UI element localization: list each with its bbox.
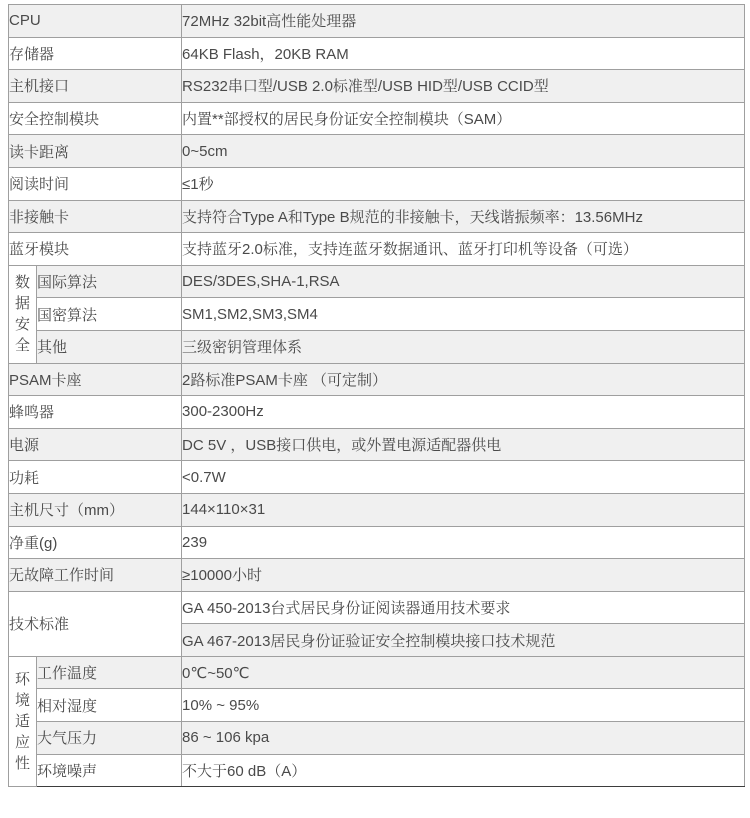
table-row: 功耗 <0.7W: [9, 461, 745, 494]
table-row: 其他 三级密钥管理体系: [9, 330, 745, 363]
spec-label-cell: 非接触卡: [9, 200, 182, 233]
table-row: 相对湿度 10% ~ 95%: [9, 689, 745, 722]
table-row: 净重(g) 239: [9, 526, 745, 559]
group-cell-environment: 环境适应性: [9, 656, 37, 786]
spec-value-cell: 三级密钥管理体系: [182, 330, 745, 363]
spec-value-cell: 10% ~ 95%: [182, 689, 745, 722]
spec-label-cell: 无故障工作时间: [9, 559, 182, 592]
table-row: 技术标准 GA 450-2013台式居民身份证阅读器通用技术要求: [9, 591, 745, 624]
spec-label-cell: PSAM卡座: [9, 363, 182, 396]
spec-label-cell: 主机尺寸（mm）: [9, 493, 182, 526]
spec-label-cell: 工作温度: [37, 656, 182, 689]
spec-value-cell: GA 467-2013居民身份证验证安全控制模块接口技术规范: [182, 624, 745, 657]
spec-label-cell: 阅读时间: [9, 167, 182, 200]
table-row: PSAM卡座 2路标准PSAM卡座 （可定制）: [9, 363, 745, 396]
spec-table: CPU 72MHz 32bit高性能处理器 存储器 64KB Flash，20K…: [8, 4, 745, 787]
spec-value-cell: <0.7W: [182, 461, 745, 494]
spec-label-cell: 其他: [37, 330, 182, 363]
table-row: 非接触卡 支持符合Type A和Type B规范的非接触卡，天线谐振频率：13.…: [9, 200, 745, 233]
spec-value-cell: 内置**部授权的居民身份证安全控制模块（SAM）: [182, 102, 745, 135]
table-row: 电源 DC 5V ，USB接口供电，或外置电源适配器供电: [9, 428, 745, 461]
group-cell-data-security: 数据安全: [9, 265, 37, 363]
spec-label-cell: 国际算法: [37, 265, 182, 298]
spec-value-cell: 0℃~50℃: [182, 656, 745, 689]
spec-value-cell: 2路标准PSAM卡座 （可定制）: [182, 363, 745, 396]
spec-label-cell: 环境噪声: [37, 754, 182, 787]
spec-value-cell: GA 450-2013台式居民身份证阅读器通用技术要求: [182, 591, 745, 624]
table-row: 安全控制模块 内置**部授权的居民身份证安全控制模块（SAM）: [9, 102, 745, 135]
table-row: 环境噪声 不大于60 dB（A）: [9, 754, 745, 787]
spec-value-cell: 144×110×31: [182, 493, 745, 526]
spec-value-cell: ≥10000小时: [182, 559, 745, 592]
spec-label-cell: 国密算法: [37, 298, 182, 331]
spec-value-cell: SM1,SM2,SM3,SM4: [182, 298, 745, 331]
spec-value-cell: ≤1秒: [182, 167, 745, 200]
spec-label-cell: CPU: [9, 5, 182, 38]
table-row: 无故障工作时间 ≥10000小时: [9, 559, 745, 592]
spec-value-cell: 86 ~ 106 kpa: [182, 722, 745, 755]
table-row: 读卡距离 0~5cm: [9, 135, 745, 168]
table-row: 阅读时间 ≤1秒: [9, 167, 745, 200]
table-row: 大气压力 86 ~ 106 kpa: [9, 722, 745, 755]
group-label: 数据安全: [14, 272, 31, 356]
spec-label-cell: 净重(g): [9, 526, 182, 559]
table-row: CPU 72MHz 32bit高性能处理器: [9, 5, 745, 38]
table-row: 环境适应性 工作温度 0℃~50℃: [9, 656, 745, 689]
group-label: 环境适应性: [14, 669, 31, 774]
spec-label-cell: 蓝牙模块: [9, 233, 182, 266]
spec-label-cell: 大气压力: [37, 722, 182, 755]
table-row: 主机接口 RS232串口型/USB 2.0标准型/USB HID型/USB CC…: [9, 70, 745, 103]
tech-standard-label-cell: 技术标准: [9, 591, 182, 656]
spec-value-cell: 300-2300Hz: [182, 396, 745, 429]
table-row: 蓝牙模块 支持蓝牙2.0标准，支持连蓝牙数据通讯、蓝牙打印机等设备（可选）: [9, 233, 745, 266]
spec-value-cell: 0~5cm: [182, 135, 745, 168]
table-row: 数据安全 国际算法 DES/3DES,SHA-1,RSA: [9, 265, 745, 298]
spec-label-cell: 蜂鸣器: [9, 396, 182, 429]
spec-value-cell: 支持蓝牙2.0标准，支持连蓝牙数据通讯、蓝牙打印机等设备（可选）: [182, 233, 745, 266]
spec-label-cell: 安全控制模块: [9, 102, 182, 135]
spec-value-cell: RS232串口型/USB 2.0标准型/USB HID型/USB CCID型: [182, 70, 745, 103]
table-row: 存储器 64KB Flash，20KB RAM: [9, 37, 745, 70]
spec-value-cell: 64KB Flash，20KB RAM: [182, 37, 745, 70]
spec-label-cell: 功耗: [9, 461, 182, 494]
spec-value-cell: 72MHz 32bit高性能处理器: [182, 5, 745, 38]
table-row: 蜂鸣器 300-2300Hz: [9, 396, 745, 429]
spec-value-cell: DC 5V ，USB接口供电，或外置电源适配器供电: [182, 428, 745, 461]
table-row: 国密算法 SM1,SM2,SM3,SM4: [9, 298, 745, 331]
spec-label-cell: 主机接口: [9, 70, 182, 103]
spec-label-cell: 存储器: [9, 37, 182, 70]
spec-label-cell: 读卡距离: [9, 135, 182, 168]
spec-label-cell: 相对湿度: [37, 689, 182, 722]
spec-label-cell: 电源: [9, 428, 182, 461]
spec-value-cell: 支持符合Type A和Type B规范的非接触卡，天线谐振频率：13.56MHz: [182, 200, 745, 233]
spec-page: CPU 72MHz 32bit高性能处理器 存储器 64KB Flash，20K…: [0, 0, 750, 818]
spec-value-cell: 239: [182, 526, 745, 559]
spec-value-cell: 不大于60 dB（A）: [182, 754, 745, 787]
spec-value-cell: DES/3DES,SHA-1,RSA: [182, 265, 745, 298]
table-row: 主机尺寸（mm） 144×110×31: [9, 493, 745, 526]
